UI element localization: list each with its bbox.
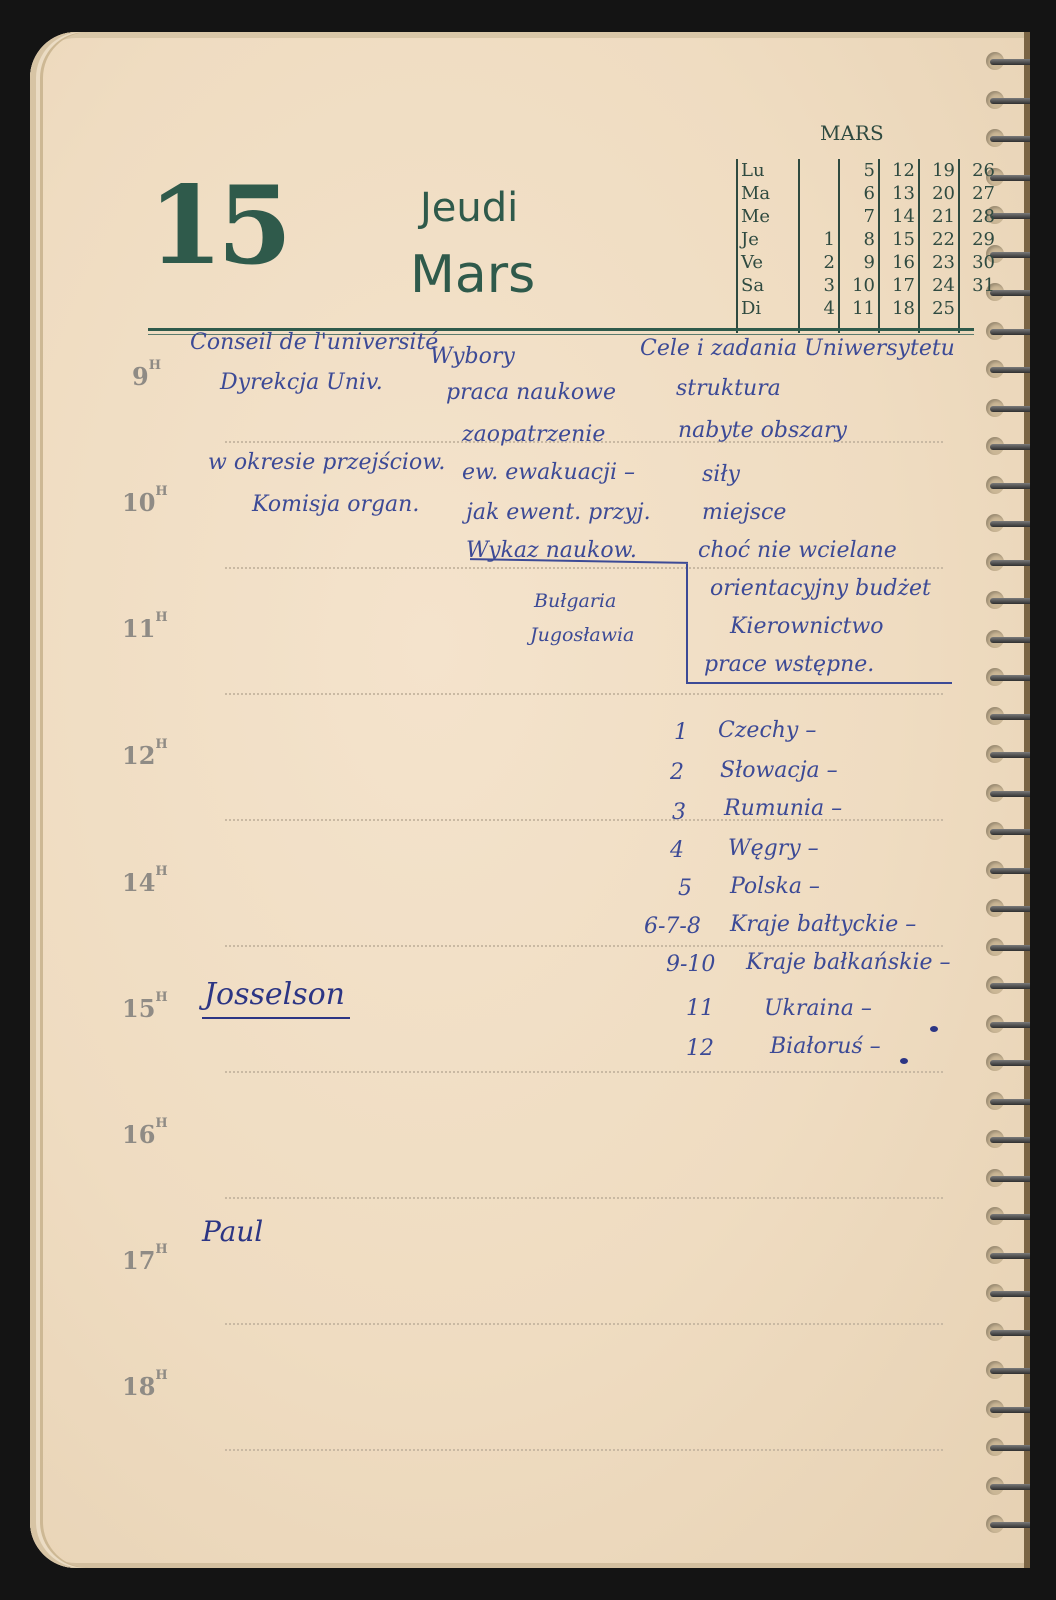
wire-coil xyxy=(990,714,1030,720)
weekday-cell: Di xyxy=(741,297,761,320)
wire-coil xyxy=(990,560,1030,566)
list-item-number: 3 xyxy=(672,802,686,824)
list-item-number: 4 xyxy=(670,840,684,862)
date-cell: 1 xyxy=(824,228,835,251)
list-item-number: 9-10 xyxy=(666,954,715,976)
note-text: Komisja organ. xyxy=(252,494,419,516)
wire-coil xyxy=(990,483,1030,489)
note-text: zaopatrzenie xyxy=(462,424,605,446)
note-text: prace wstępne. xyxy=(704,654,874,676)
wire-coil xyxy=(990,1214,1030,1220)
spiral-ring xyxy=(986,1483,1030,1493)
note-text: ew. ewakuacji – xyxy=(462,462,635,484)
wire-coil xyxy=(990,1291,1030,1297)
wire-coil xyxy=(990,1022,1030,1028)
list-item: Węgry – xyxy=(728,838,819,860)
spiral-ring xyxy=(986,1098,1030,1108)
spiral-ring xyxy=(986,443,1030,453)
hour-label-12: 12H xyxy=(122,741,168,770)
spiral-ring xyxy=(986,97,1030,107)
note-text: nabyte obszary xyxy=(678,420,847,442)
date-cell: 31 xyxy=(972,274,995,297)
date-cell: 18 xyxy=(892,297,915,320)
date-cell: 24 xyxy=(932,274,955,297)
wire-coil xyxy=(990,868,1030,874)
wire-coil xyxy=(990,675,1030,681)
hour-label-18: 18H xyxy=(122,1372,168,1401)
date-cell: 14 xyxy=(892,205,915,228)
spiral-ring xyxy=(986,559,1030,569)
weekday-label: Jeudi xyxy=(420,185,518,231)
date-cell: 12 xyxy=(892,159,915,182)
spiral-ring xyxy=(986,982,1030,992)
list-item: Ukraina – xyxy=(764,998,872,1020)
note-text: praca naukowe xyxy=(446,382,616,404)
spiral-ring xyxy=(986,790,1030,800)
spiral-ring xyxy=(986,1367,1030,1377)
wire-coil xyxy=(990,406,1030,412)
spiral-ring xyxy=(986,1521,1030,1531)
wire-coil xyxy=(990,1060,1030,1066)
note-name-15h: Josselson xyxy=(204,980,345,1010)
date-cell: 25 xyxy=(932,297,955,320)
wire-coil xyxy=(990,367,1030,373)
wire-coil xyxy=(990,637,1030,643)
date-cell: 4 xyxy=(824,297,835,320)
date-cell: 13 xyxy=(892,182,915,205)
date-cell: 8 xyxy=(864,228,875,251)
spiral-ring xyxy=(986,1329,1030,1339)
spiral-ring xyxy=(986,520,1030,530)
note-name-17h: Paul xyxy=(202,1218,263,1246)
dotted-rule xyxy=(225,1323,943,1325)
date-cell: 29 xyxy=(972,228,995,251)
date-cell: 21 xyxy=(932,205,955,228)
wire-coil xyxy=(990,1368,1030,1374)
ink-blot xyxy=(900,1058,908,1064)
wire-coil xyxy=(990,1099,1030,1105)
dotted-rule xyxy=(225,1449,943,1451)
spiral-ring xyxy=(986,713,1030,723)
spiral-ring xyxy=(986,58,1030,68)
date-cell: 11 xyxy=(852,297,875,320)
wire-coil xyxy=(990,98,1030,104)
wire-coil xyxy=(990,1253,1030,1259)
list-item: Słowacja – xyxy=(720,760,838,782)
note-text: siły xyxy=(702,464,740,486)
date-cell: 23 xyxy=(932,251,955,274)
dotted-rule xyxy=(225,1197,943,1199)
spiral-ring xyxy=(986,1059,1030,1069)
wire-coil xyxy=(990,1445,1030,1451)
planner-page: 15 Jeudi Mars MARS Lu Ma Me Je Ve Sa Di … xyxy=(30,32,1030,1568)
spiral-ring xyxy=(986,405,1030,415)
spiral-ring xyxy=(986,366,1030,376)
wire-coil xyxy=(990,598,1030,604)
hour-label-15: 15H xyxy=(122,994,168,1023)
mini-calendar-week: 19 20 21 22 23 24 25 xyxy=(918,159,958,333)
spiral-ring xyxy=(986,1175,1030,1185)
hour-label-14: 14H xyxy=(122,868,168,897)
spiral-ring xyxy=(986,905,1030,915)
dotted-rule xyxy=(225,1071,943,1073)
wire-coil xyxy=(990,1484,1030,1490)
wire-coil xyxy=(990,945,1030,951)
name-underline xyxy=(202,1017,350,1019)
date-cell: 7 xyxy=(864,205,875,228)
spiral-ring xyxy=(986,482,1030,492)
note-text: w okresie przejściow. xyxy=(208,452,445,474)
list-item-number: 5 xyxy=(678,878,692,900)
wire-coil xyxy=(990,791,1030,797)
wire-coil xyxy=(990,59,1030,65)
list-item: Białoruś – xyxy=(770,1036,881,1058)
bracket-line xyxy=(686,564,688,684)
date-cell: 6 xyxy=(864,182,875,205)
weekday-cell: Ma xyxy=(741,182,770,205)
mini-calendar-weekdays: Lu Ma Me Je Ve Sa Di xyxy=(736,159,798,333)
note-text: struktura xyxy=(676,378,781,400)
wire-coil xyxy=(990,1407,1030,1413)
date-cell: 9 xyxy=(864,251,875,274)
note-text: jak ewent. przyj. xyxy=(466,502,651,524)
mini-calendar-week: 1 2 3 4 xyxy=(798,159,838,333)
list-item: Czechy – xyxy=(718,720,816,742)
date-cell: 19 xyxy=(932,159,955,182)
date-cell: 27 xyxy=(972,182,995,205)
note-text: orientacyjny budżet xyxy=(710,578,931,600)
wire-coil xyxy=(990,444,1030,450)
note-text: Conseil de l'université xyxy=(190,332,438,354)
wire-coil xyxy=(990,1176,1030,1182)
hour-label-17: 17H xyxy=(122,1246,168,1275)
dotted-rule xyxy=(225,567,943,569)
note-text: Jugosławia xyxy=(530,626,634,645)
list-item-number: 11 xyxy=(686,998,714,1020)
spiral-ring xyxy=(986,636,1030,646)
weekday-cell: Lu xyxy=(741,159,765,182)
spiral-ring xyxy=(986,828,1030,838)
date-cell: 3 xyxy=(824,274,835,297)
spiral-ring xyxy=(986,135,1030,145)
spiral-ring xyxy=(986,1290,1030,1300)
date-cell: 15 xyxy=(892,228,915,251)
mini-calendar-week: 26 27 28 29 30 31 xyxy=(958,159,998,333)
hour-label-10: 10H xyxy=(122,488,168,517)
spiral-ring xyxy=(986,1252,1030,1262)
spiral-ring xyxy=(986,944,1030,954)
wire-coil xyxy=(990,1522,1030,1528)
wire-coil xyxy=(990,983,1030,989)
note-text: choć nie wcielane xyxy=(698,540,897,562)
note-text: Wybory xyxy=(430,346,515,368)
date-cell: 10 xyxy=(852,274,875,297)
day-number: 15 xyxy=(148,172,286,280)
weekday-cell: Me xyxy=(741,205,770,228)
wire-coil xyxy=(990,829,1030,835)
spiral-ring xyxy=(986,1136,1030,1146)
mini-calendar-week: 12 13 14 15 16 17 18 xyxy=(878,159,918,333)
month-label: Mars xyxy=(410,245,535,305)
wire-coil xyxy=(990,1330,1030,1336)
spiral-ring xyxy=(986,751,1030,761)
date-cell: 16 xyxy=(892,251,915,274)
weekday-cell: Je xyxy=(741,228,759,251)
mini-calendar-title: MARS xyxy=(820,121,884,145)
wire-coil xyxy=(990,1137,1030,1143)
note-text: Dyrekcja Univ. xyxy=(220,372,383,394)
note-text: miejsce xyxy=(702,502,786,524)
date-cell: 22 xyxy=(932,228,955,251)
wire-coil xyxy=(990,752,1030,758)
wire-coil xyxy=(990,906,1030,912)
dotted-rule xyxy=(225,693,943,695)
note-text: Bułgaria xyxy=(534,592,616,611)
mini-calendar: Lu Ma Me Je Ve Sa Di 1 2 3 4 5 6 7 8 9 1… xyxy=(736,159,998,333)
date-cell: 20 xyxy=(932,182,955,205)
date-cell: 26 xyxy=(972,159,995,182)
mini-calendar-week: 5 6 7 8 9 10 11 xyxy=(838,159,878,333)
spiral-ring xyxy=(986,1021,1030,1031)
wire-coil xyxy=(990,136,1030,142)
weekday-cell: Sa xyxy=(741,274,764,297)
weekday-cell: Ve xyxy=(741,251,763,274)
list-item-number: 6-7-8 xyxy=(644,916,701,938)
date-cell: 17 xyxy=(892,274,915,297)
list-item-number: 12 xyxy=(686,1038,714,1060)
spiral-ring xyxy=(986,1444,1030,1454)
date-cell: 2 xyxy=(824,251,835,274)
date-cell: 5 xyxy=(864,159,875,182)
hour-label-16: 16H xyxy=(122,1120,168,1149)
date-cell: 28 xyxy=(972,205,995,228)
list-item: Polska – xyxy=(730,876,820,898)
spiral-ring xyxy=(986,674,1030,684)
list-item: Kraje bałtyckie – xyxy=(730,914,916,936)
spiral-ring xyxy=(986,1213,1030,1223)
list-item: Kraje bałkańskie – xyxy=(746,952,951,974)
spiral-ring xyxy=(986,597,1030,607)
dotted-rule xyxy=(225,945,943,947)
note-text: Cele i zadania Uniwersytetu xyxy=(640,338,955,360)
list-item: Rumunia – xyxy=(724,798,842,820)
ink-blot xyxy=(930,1026,938,1032)
list-item-number: 1 xyxy=(674,722,688,744)
hour-label-11: 11H xyxy=(122,614,168,643)
list-item-number: 2 xyxy=(670,762,684,784)
hour-label-9: 9H xyxy=(132,362,161,391)
wire-coil xyxy=(990,521,1030,527)
bracket-line xyxy=(686,682,952,684)
spiral-ring xyxy=(986,1406,1030,1416)
note-text: Kierownictwo xyxy=(730,616,884,638)
date-cell: 30 xyxy=(972,251,995,274)
spiral-ring xyxy=(986,867,1030,877)
